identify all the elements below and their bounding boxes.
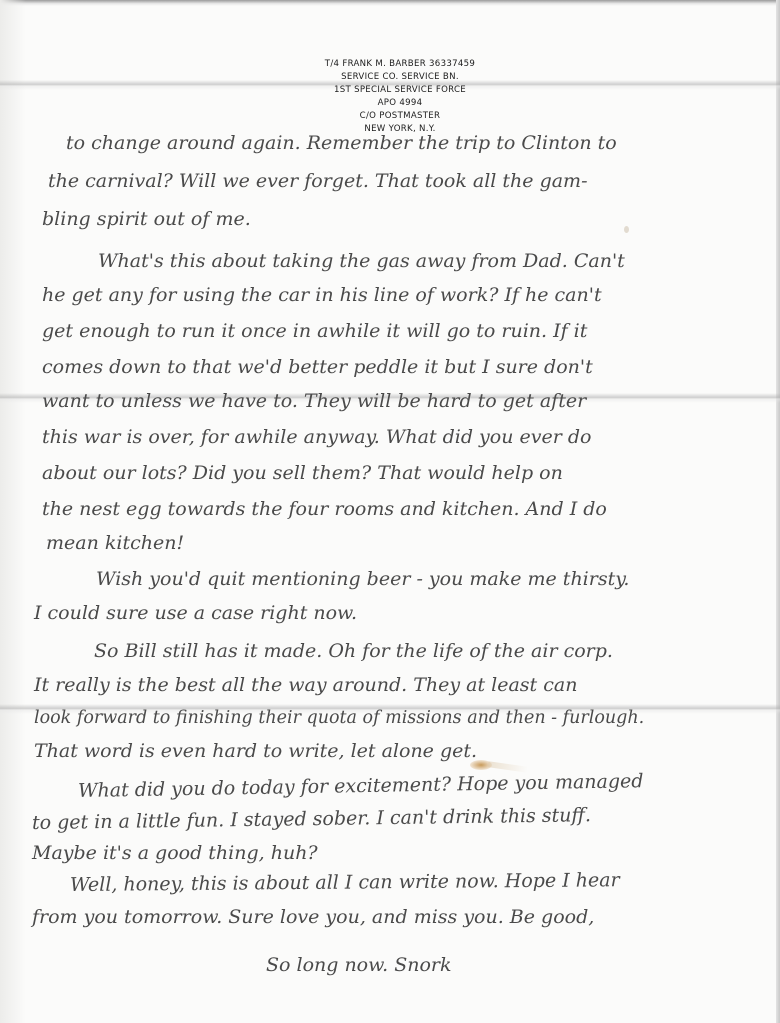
- letter-line: he get any for using the car in his line…: [42, 284, 602, 306]
- letter-line: bling spirit out of me.: [42, 208, 251, 230]
- paper-right-edge: [776, 0, 780, 1023]
- letterhead: T/4 FRANK M. BARBER 36337459 SERVICE CO.…: [240, 58, 560, 136]
- letter-line: What did you do today for excitement? Ho…: [78, 770, 644, 802]
- letterhead-postmaster: C/O POSTMASTER: [240, 110, 560, 123]
- letter-line: to change around again. Remember the tri…: [66, 132, 617, 154]
- letter-page: T/4 FRANK M. BARBER 36337459 SERVICE CO.…: [0, 0, 780, 1023]
- paper-top-edge: [0, 0, 780, 6]
- letter-signoff: So long now. Snork: [266, 954, 452, 976]
- letterhead-force: 1ST SPECIAL SERVICE FORCE: [240, 84, 560, 97]
- letterhead-name: T/4 FRANK M. BARBER 36337459: [240, 58, 560, 71]
- paper-spot: [624, 226, 629, 233]
- paper-left-shadow: [0, 0, 26, 1023]
- letter-line: That word is even hard to write, let alo…: [34, 740, 477, 762]
- letter-line: the carnival? Will we ever forget. That …: [48, 170, 588, 192]
- letter-line: the nest egg towards the four rooms and …: [42, 498, 607, 520]
- letter-line: Well, honey, this is about all I can wri…: [70, 869, 620, 896]
- letter-line: comes down to that we'd better peddle it…: [42, 356, 593, 378]
- letter-line: get enough to run it once in awhile it w…: [42, 320, 587, 342]
- letter-line: I could sure use a case right now.: [34, 602, 357, 624]
- letter-line: this war is over, for awhile anyway. Wha…: [42, 426, 591, 448]
- ink-stain-trail: [488, 761, 528, 773]
- letter-line: Wish you'd quit mentioning beer - you ma…: [96, 568, 629, 590]
- letter-line: So Bill still has it made. Oh for the li…: [94, 640, 613, 662]
- letter-line: look forward to finishing their quota of…: [34, 708, 644, 728]
- letter-line: Maybe it's a good thing, huh?: [32, 842, 318, 864]
- letter-line: want to unless we have to. They will be …: [42, 390, 586, 412]
- letter-line: from you tomorrow. Sure love you, and mi…: [32, 906, 594, 928]
- letter-line: It really is the best all the way around…: [34, 674, 577, 696]
- letterhead-unit: SERVICE CO. SERVICE BN.: [240, 71, 560, 84]
- letter-line: to get in a little fun. I stayed sober. …: [32, 804, 591, 834]
- letter-line: What's this about taking the gas away fr…: [98, 250, 625, 272]
- letter-line: mean kitchen!: [46, 532, 184, 554]
- letter-line: about our lots? Did you sell them? That …: [42, 462, 563, 484]
- letterhead-apo: APO 4994: [240, 97, 560, 110]
